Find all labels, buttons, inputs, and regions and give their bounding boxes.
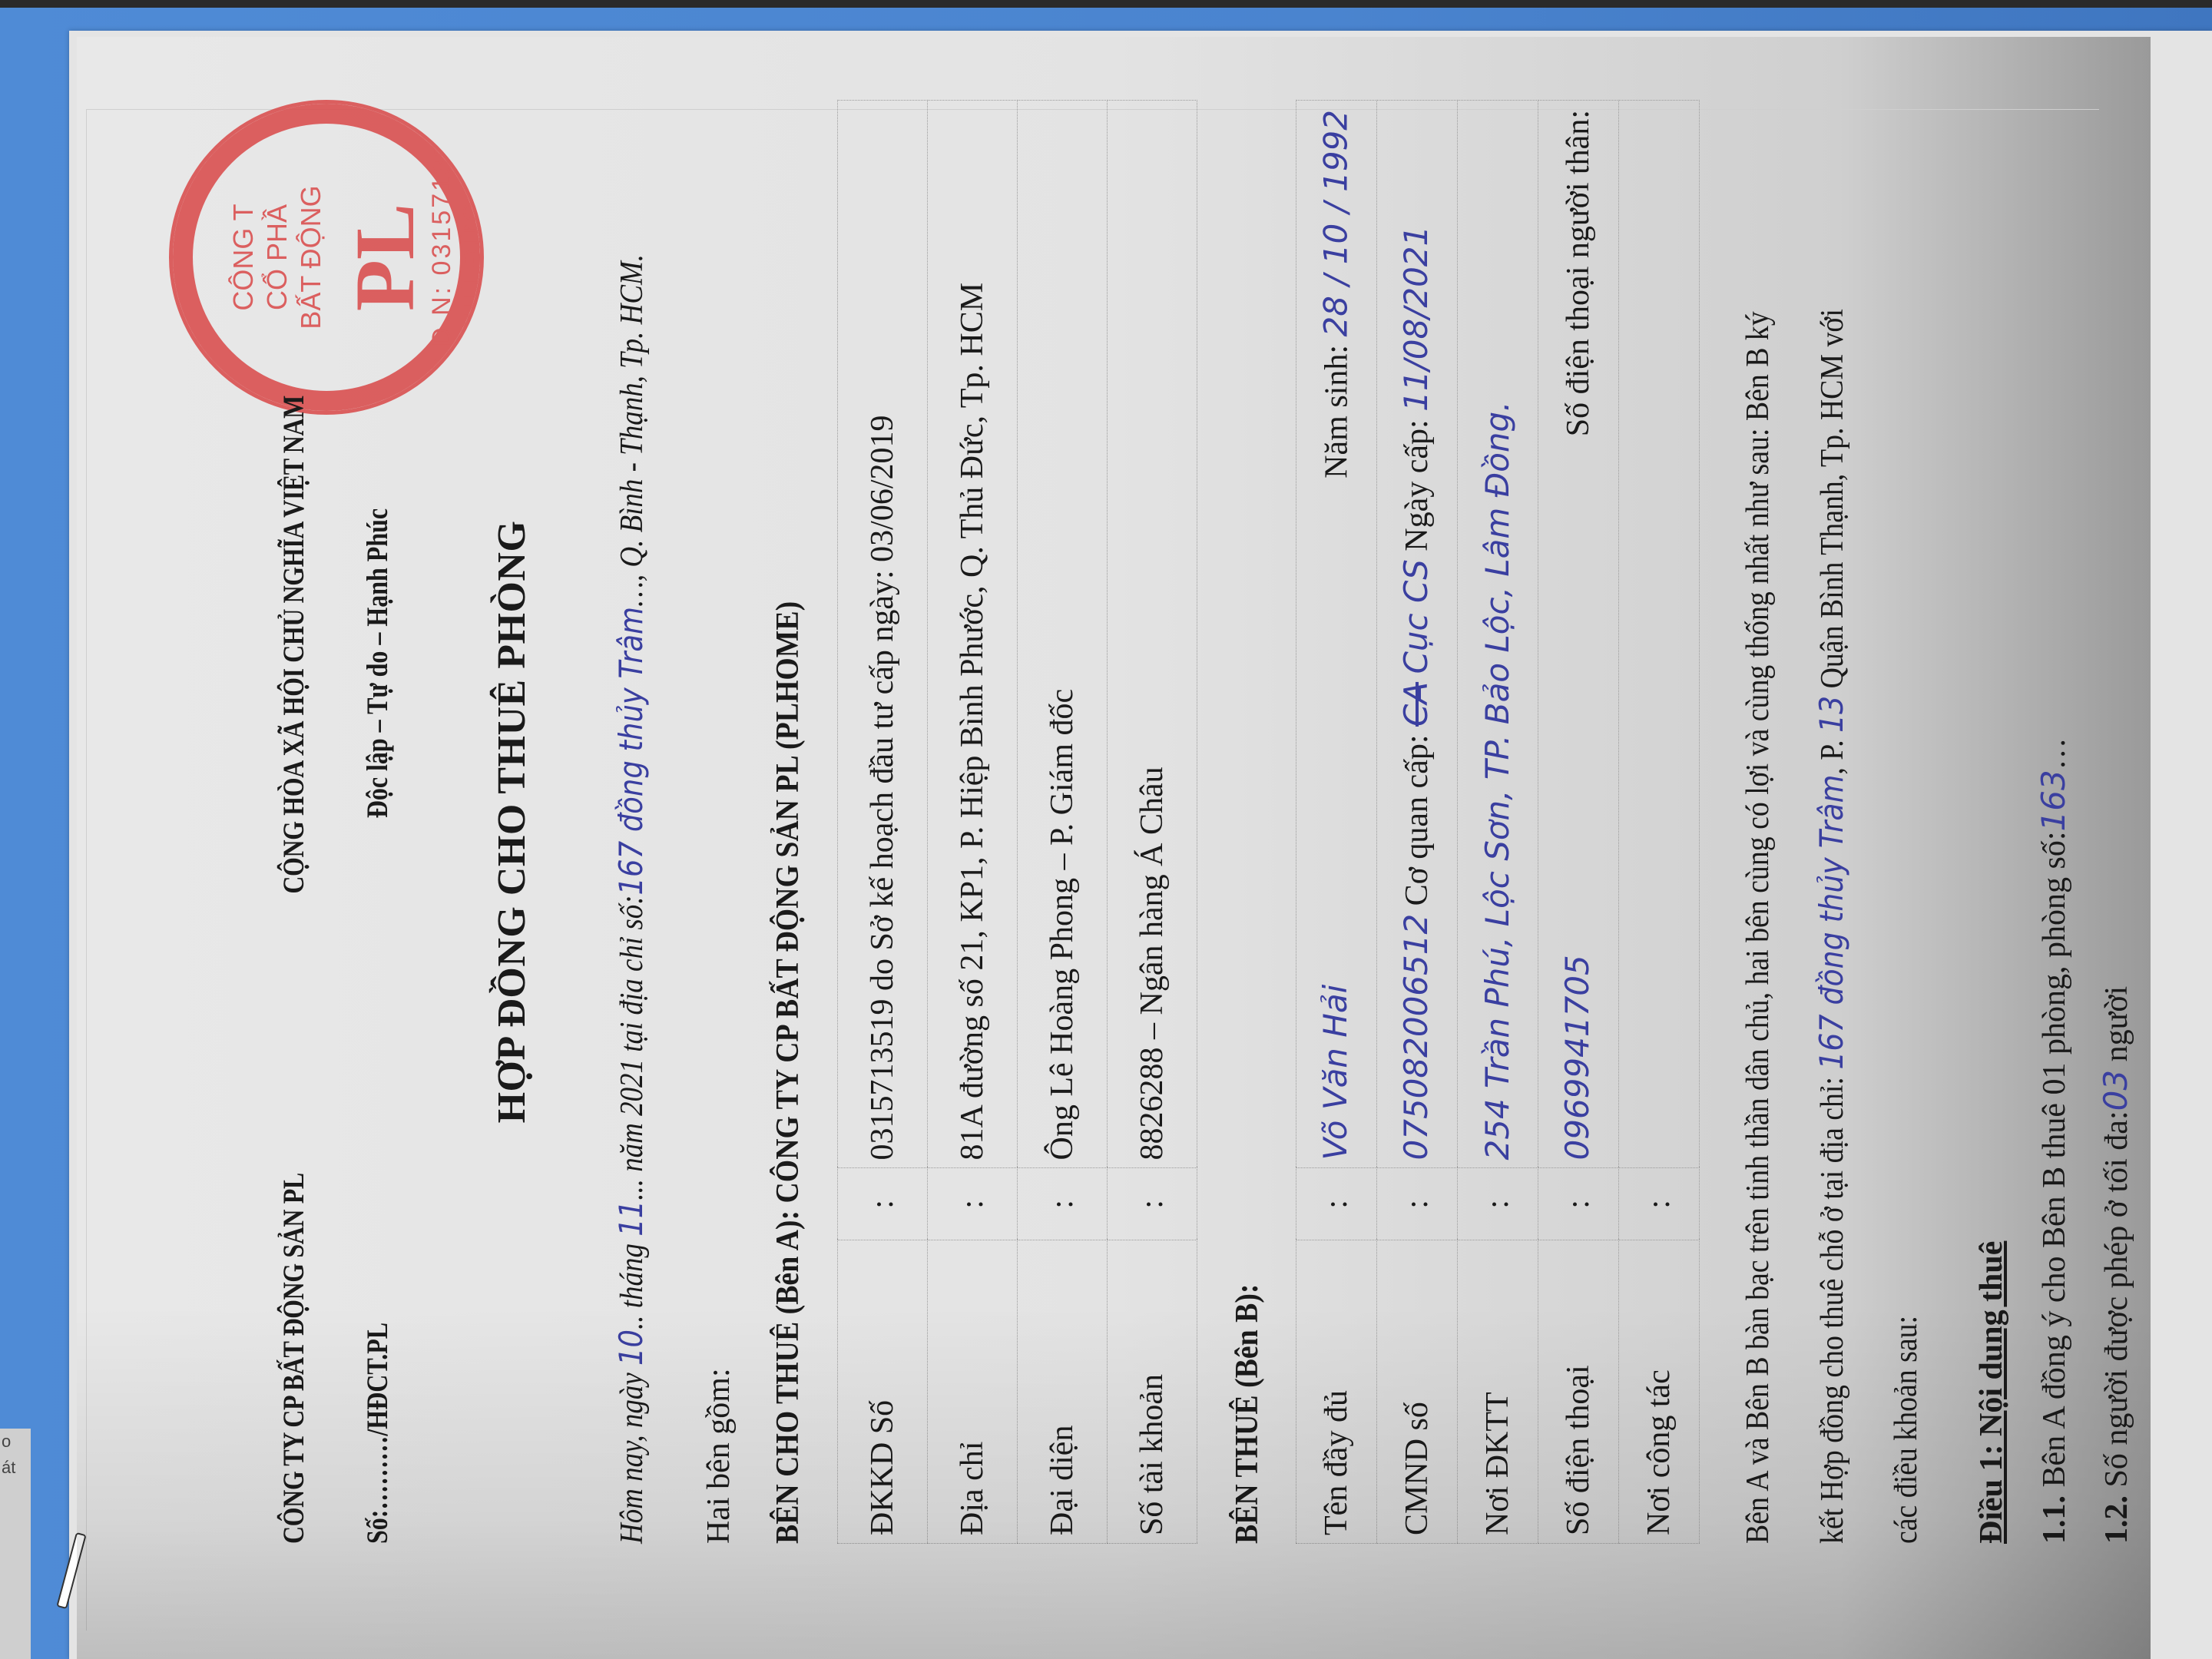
row-value: Ông Lê Hoàng Phong – P. Giám đốc [1017,101,1107,1168]
handwritten-ward: 13 [1813,696,1850,733]
colon: : [1107,1168,1197,1240]
clause-1-2: 1.2. Số người được phép ở tối đa:03 ngườ… [2097,100,2136,1544]
handwritten-residence: 254 Trần Phú, Lộc Sơn, TP. Bảo Lộc, Lâm … [1458,101,1538,1168]
document-title: HỢP ĐỒNG CHO THUÊ PHÒNG [488,100,536,1544]
issuer-label: Cơ quan cấp: [1399,734,1435,906]
row-label: Nơi ĐKTT [1458,1240,1538,1544]
fragment-text: o [0,1429,31,1455]
colon: : [1377,1168,1458,1240]
row-label: Nơi công tác [1619,1240,1700,1544]
table-row: Địa chỉ:81A đường số 21, KP1, P. Hiệp Bì… [927,101,1017,1544]
article-title: Nội dung thuê [1974,1241,2009,1436]
handwritten-name: Võ Văn Hải [1316,985,1354,1161]
agreement-text: , P. [1815,733,1850,775]
row-label: ĐKKD Số [837,1240,927,1544]
handwritten-id-number: 075082006512 [1397,914,1435,1161]
colon: : [1538,1168,1619,1240]
national-motto: Độc lập – Tự do – Hạnh Phúc [360,99,396,893]
struck-issuer: CA [1397,682,1435,727]
article-1-heading: Điều 1: Nội dung thuê [1972,100,2011,1544]
row-value: 075082006512 Cơ quan cấp: CA Cục CS Ngày… [1377,101,1458,1168]
article-label: Điều 1 [1974,1455,2009,1545]
stamp-line: CÔNG T [227,104,260,411]
issue-date-label: Ngày cấp: [1399,419,1435,551]
handwritten-room-number: 163 [2035,770,2072,831]
row-value: 0315713519 do Sở kế hoạch đầu tư cấp ngà… [837,101,927,1168]
handwritten-occupant-count: 03 [2097,1070,2134,1111]
handwritten-address: 167 đồng thủy Trâm [1813,775,1850,1070]
row-value: 0969941705 Số điện thoại người thân: [1538,101,1619,1168]
agreement-line: Bên A và Bên B bàn bạc trên tinh thần dâ… [1721,101,1795,1544]
handwritten-day: 10 [612,1330,650,1366]
row-label: CMND số [1377,1240,1458,1544]
colon: : [1296,1168,1377,1240]
party-b-table: Tên đầy đủ : Võ Văn Hải Năm sinh: 28 / 1… [1296,100,1700,1544]
colon: : [837,1168,927,1240]
row-label: Đại diện [1017,1240,1107,1544]
parties-intro: Hai bên gồm: [700,100,738,1544]
contract-document: CÔNG T CỔ PHẦ BẤT ĐỘNG PL M.S.D.N: 03157… [276,100,2120,1544]
row-label: Địa chỉ [927,1240,1017,1544]
company-name: CÔNG TY CP BẤT ĐỘNG SẢN PL [276,894,313,1544]
agreement-paragraph: Bên A và Bên B bàn bạc trên tinh thần dâ… [1721,101,1943,1544]
intro-text: .. tháng [614,1237,650,1330]
colon: : [1017,1168,1107,1240]
handwritten-issuer: Cục CS [1397,559,1435,674]
national-title: CỘNG HÒA XÃ HỘI CHỦ NGHĨA VIỆT NAM [276,99,313,893]
colon: : [927,1168,1017,1240]
table-row: Nơi ĐKTT : 254 Trần Phú, Lộc Sơn, TP. Bả… [1458,101,1538,1544]
table-row: Tên đầy đủ : Võ Văn Hải Năm sinh: 28 / 1… [1296,101,1377,1544]
birth-year-label: Năm sinh: [1319,345,1354,478]
clause-text: Bên A đồng ý cho Bên B thuê 01 phòng, ph… [2037,832,2072,1488]
colon: : [1458,1168,1538,1240]
agreement-text: Quận Bình Thạnh, Tp. HCM với [1815,309,1850,696]
clause-text: Số người được phép ở tối đa: [2099,1111,2134,1487]
intro-text: ... năm 2021 tại địa chỉ số: [614,895,650,1200]
intro-paragraph: Hôm nay, ngày 10.. tháng 11... năm 2021 … [594,95,669,1544]
fragment-text: át [0,1455,31,1481]
agreement-line: các điều khoản sau: [1869,101,1943,1544]
handwritten-issue-date: 11/08/2021 [1397,226,1435,412]
agreement-line: kết Hợp đồng cho thuê chỗ ở tại địa chỉ:… [1795,101,1869,1544]
row-label: Số điện thoại [1538,1240,1619,1544]
table-row: Số điện thoại : 0969941705 Số điện thoại… [1538,101,1619,1544]
clause-1-1: 1.1. Bên A đồng ý cho Bên B thuê 01 phòn… [2035,100,2074,1544]
table-row: ĐKKD Số:0315713519 do Sở kế hoạch đầu tư… [837,101,927,1544]
intro-text: Hôm nay, ngày [614,1366,650,1544]
party-b-heading: BÊN THUÊ (Bên B): [1228,101,1267,1544]
document-number: Số:………/HĐCT.PL [360,894,396,1544]
table-row: CMND số : 075082006512 Cơ quan cấp: CA C… [1377,101,1458,1544]
document-subheader: Số:………/HĐCT.PL Độc lập – Tự do – Hạnh Ph… [360,99,396,1544]
clause-number: 1.2. [2099,1495,2134,1544]
handwritten-birthdate: 28 / 10 / 1992 [1316,110,1354,336]
handwritten-phone: 0969941705 [1558,955,1596,1160]
row-value: 8826288 – Ngân hàng Á Châu [1107,101,1197,1168]
company-stamp: CÔNG T CỔ PHẦ BẤT ĐỘNG PL M.S.D.N: 03157… [169,100,484,415]
agreement-text: kết Hợp đồng cho thuê chỗ ở tại địa chỉ: [1815,1070,1850,1544]
row-value: Võ Văn Hải Năm sinh: 28 / 10 / 1992 [1296,101,1377,1168]
row-label: Số tài khoản [1107,1240,1197,1544]
clause-number: 1.1. [2037,1495,2072,1544]
row-value: 81A đường số 21, KP1, P. Hiệp Bình Phước… [927,101,1017,1168]
top-edge-strip [0,0,2212,8]
document-header: CÔNG TY CP BẤT ĐỘNG SẢN PL CỘNG HÒA XÃ H… [276,99,313,1544]
handwritten-address: 167 đồng thủy Trâm [612,607,650,896]
colon: : [1619,1168,1700,1240]
row-label: Tên đầy đủ [1296,1240,1377,1544]
table-row: Số tài khoản:8826288 – Ngân hàng Á Châu [1107,101,1197,1544]
table-row: Đại diện:Ông Lê Hoàng Phong – P. Giám đố… [1017,101,1107,1544]
relative-phone-label: Số điện thoại người thân: [1559,110,1598,436]
party-a-heading: BÊN CHO THUÊ (Bên A): CÔNG TY CP BẤT ĐỘN… [769,101,807,1544]
table-row: Nơi công tác : [1619,101,1700,1544]
clause-text: người [2099,986,2134,1070]
intro-text: …, Q. Bình - Thạnh, Tp. HCM. [614,254,650,607]
party-a-table: ĐKKD Số:0315713519 do Sở kế hoạch đầu tư… [837,100,1197,1544]
handwritten-month: 11 [612,1200,650,1237]
row-value [1619,101,1700,1168]
stamp-ring-text: M.S.D.N: 03157135 ★ Q.THỦ ĐỨC-T.P [426,104,484,411]
side-paper-fragment: o át [0,1429,31,1659]
